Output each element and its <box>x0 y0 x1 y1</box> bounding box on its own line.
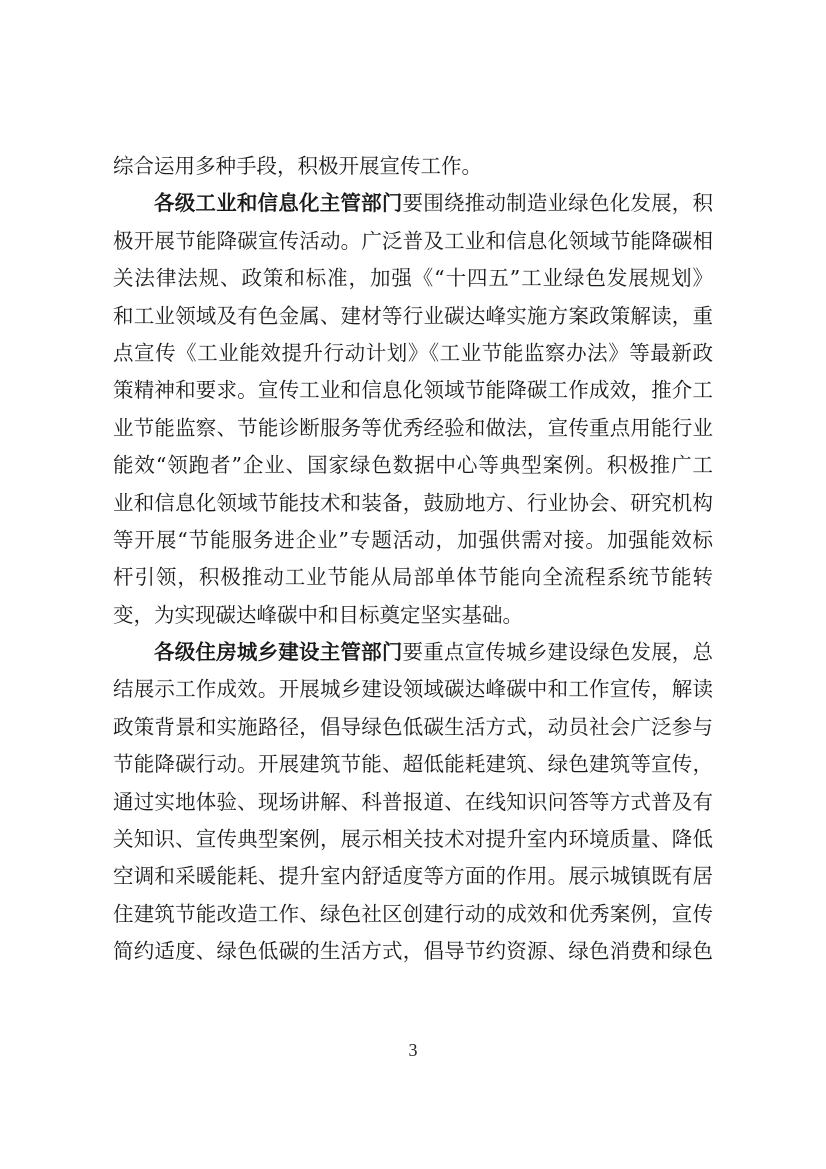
body-text: 综合运用多种手段，积极开展宣传工作。 各级工业和信息化主管部门要围绕推动制造业绿… <box>113 148 713 971</box>
text-line: 点宣传《工业能效提升行动计划》《工业节能监察办法》等最新政 <box>113 335 713 372</box>
text-line: 业和信息化领域节能技术和装备，鼓励地方、行业协会、研究机构 <box>113 485 713 522</box>
text-line: 结展示工作成效。开展城乡建设领域碳达峰碳中和工作宣传，解读 <box>113 671 713 708</box>
text-line: 极开展节能降碳宣传活动。广泛普及工业和信息化领域节能降碳相 <box>113 223 713 260</box>
text-line: 综合运用多种手段，积极开展宣传工作。 <box>113 148 713 185</box>
text-line: 策精神和要求。宣传工业和信息化领域节能降碳工作成效，推介工 <box>113 372 713 409</box>
text-line: 政策背景和实施路径，倡导绿色低碳生活方式，动员社会广泛参与 <box>113 709 713 746</box>
text-line: 简约适度、绿色低碳的生活方式，倡导节约资源、绿色消费和绿色 <box>113 933 713 970</box>
text-line: 空调和采暖能耗、提升室内舒适度等方面的作用。展示城镇既有居 <box>113 858 713 895</box>
paragraph-lead-heading: 各级住房城乡建设主管部门 <box>154 640 403 664</box>
paragraph-lead-heading: 各级工业和信息化主管部门 <box>154 191 403 215</box>
text-line: 能效“领跑者”企业、国家绿色数据中心等典型案例。积极推广工 <box>113 447 713 484</box>
text-line: 和工业领域及有色金属、建材等行业碳达峰实施方案政策解读，重 <box>113 298 713 335</box>
text-line: 等开展“节能服务进企业”专题活动，加强供需对接。加强能效标 <box>113 522 713 559</box>
text-line: 节能降碳行动。开展建筑节能、超低能耗建筑、绿色建筑等宣传， <box>113 746 713 783</box>
text-line: 变，为实现碳达峰碳中和目标奠定坚实基础。 <box>113 597 713 634</box>
text-line: 关知识、宣传典型案例，展示相关技术对提升室内环境质量、降低 <box>113 821 713 858</box>
text-fragment: 要重点宣传城乡建设绿色发展，总 <box>403 640 713 664</box>
text-line: 各级工业和信息化主管部门要围绕推动制造业绿色化发展，积 <box>113 185 713 222</box>
text-line: 通过实地体验、现场讲解、科普报道、在线知识问答等方式普及有 <box>113 784 713 821</box>
text-line: 关法律法规、政策和标准，加强《“十四五”工业绿色发展规划》 <box>113 260 713 297</box>
page-number: 3 <box>0 1040 826 1061</box>
text-fragment: 要围绕推动制造业绿色化发展，积 <box>403 191 713 215</box>
text-line: 各级住房城乡建设主管部门要重点宣传城乡建设绿色发展，总 <box>113 634 713 671</box>
document-page: 综合运用多种手段，积极开展宣传工作。 各级工业和信息化主管部门要围绕推动制造业绿… <box>0 0 826 1169</box>
text-line: 住建筑节能改造工作、绿色社区创建行动的成效和优秀案例，宣传 <box>113 896 713 933</box>
text-line: 杆引领，积极推动工业节能从局部单体节能向全流程系统节能转 <box>113 559 713 596</box>
text-line: 业节能监察、节能诊断服务等优秀经验和做法，宣传重点用能行业 <box>113 410 713 447</box>
